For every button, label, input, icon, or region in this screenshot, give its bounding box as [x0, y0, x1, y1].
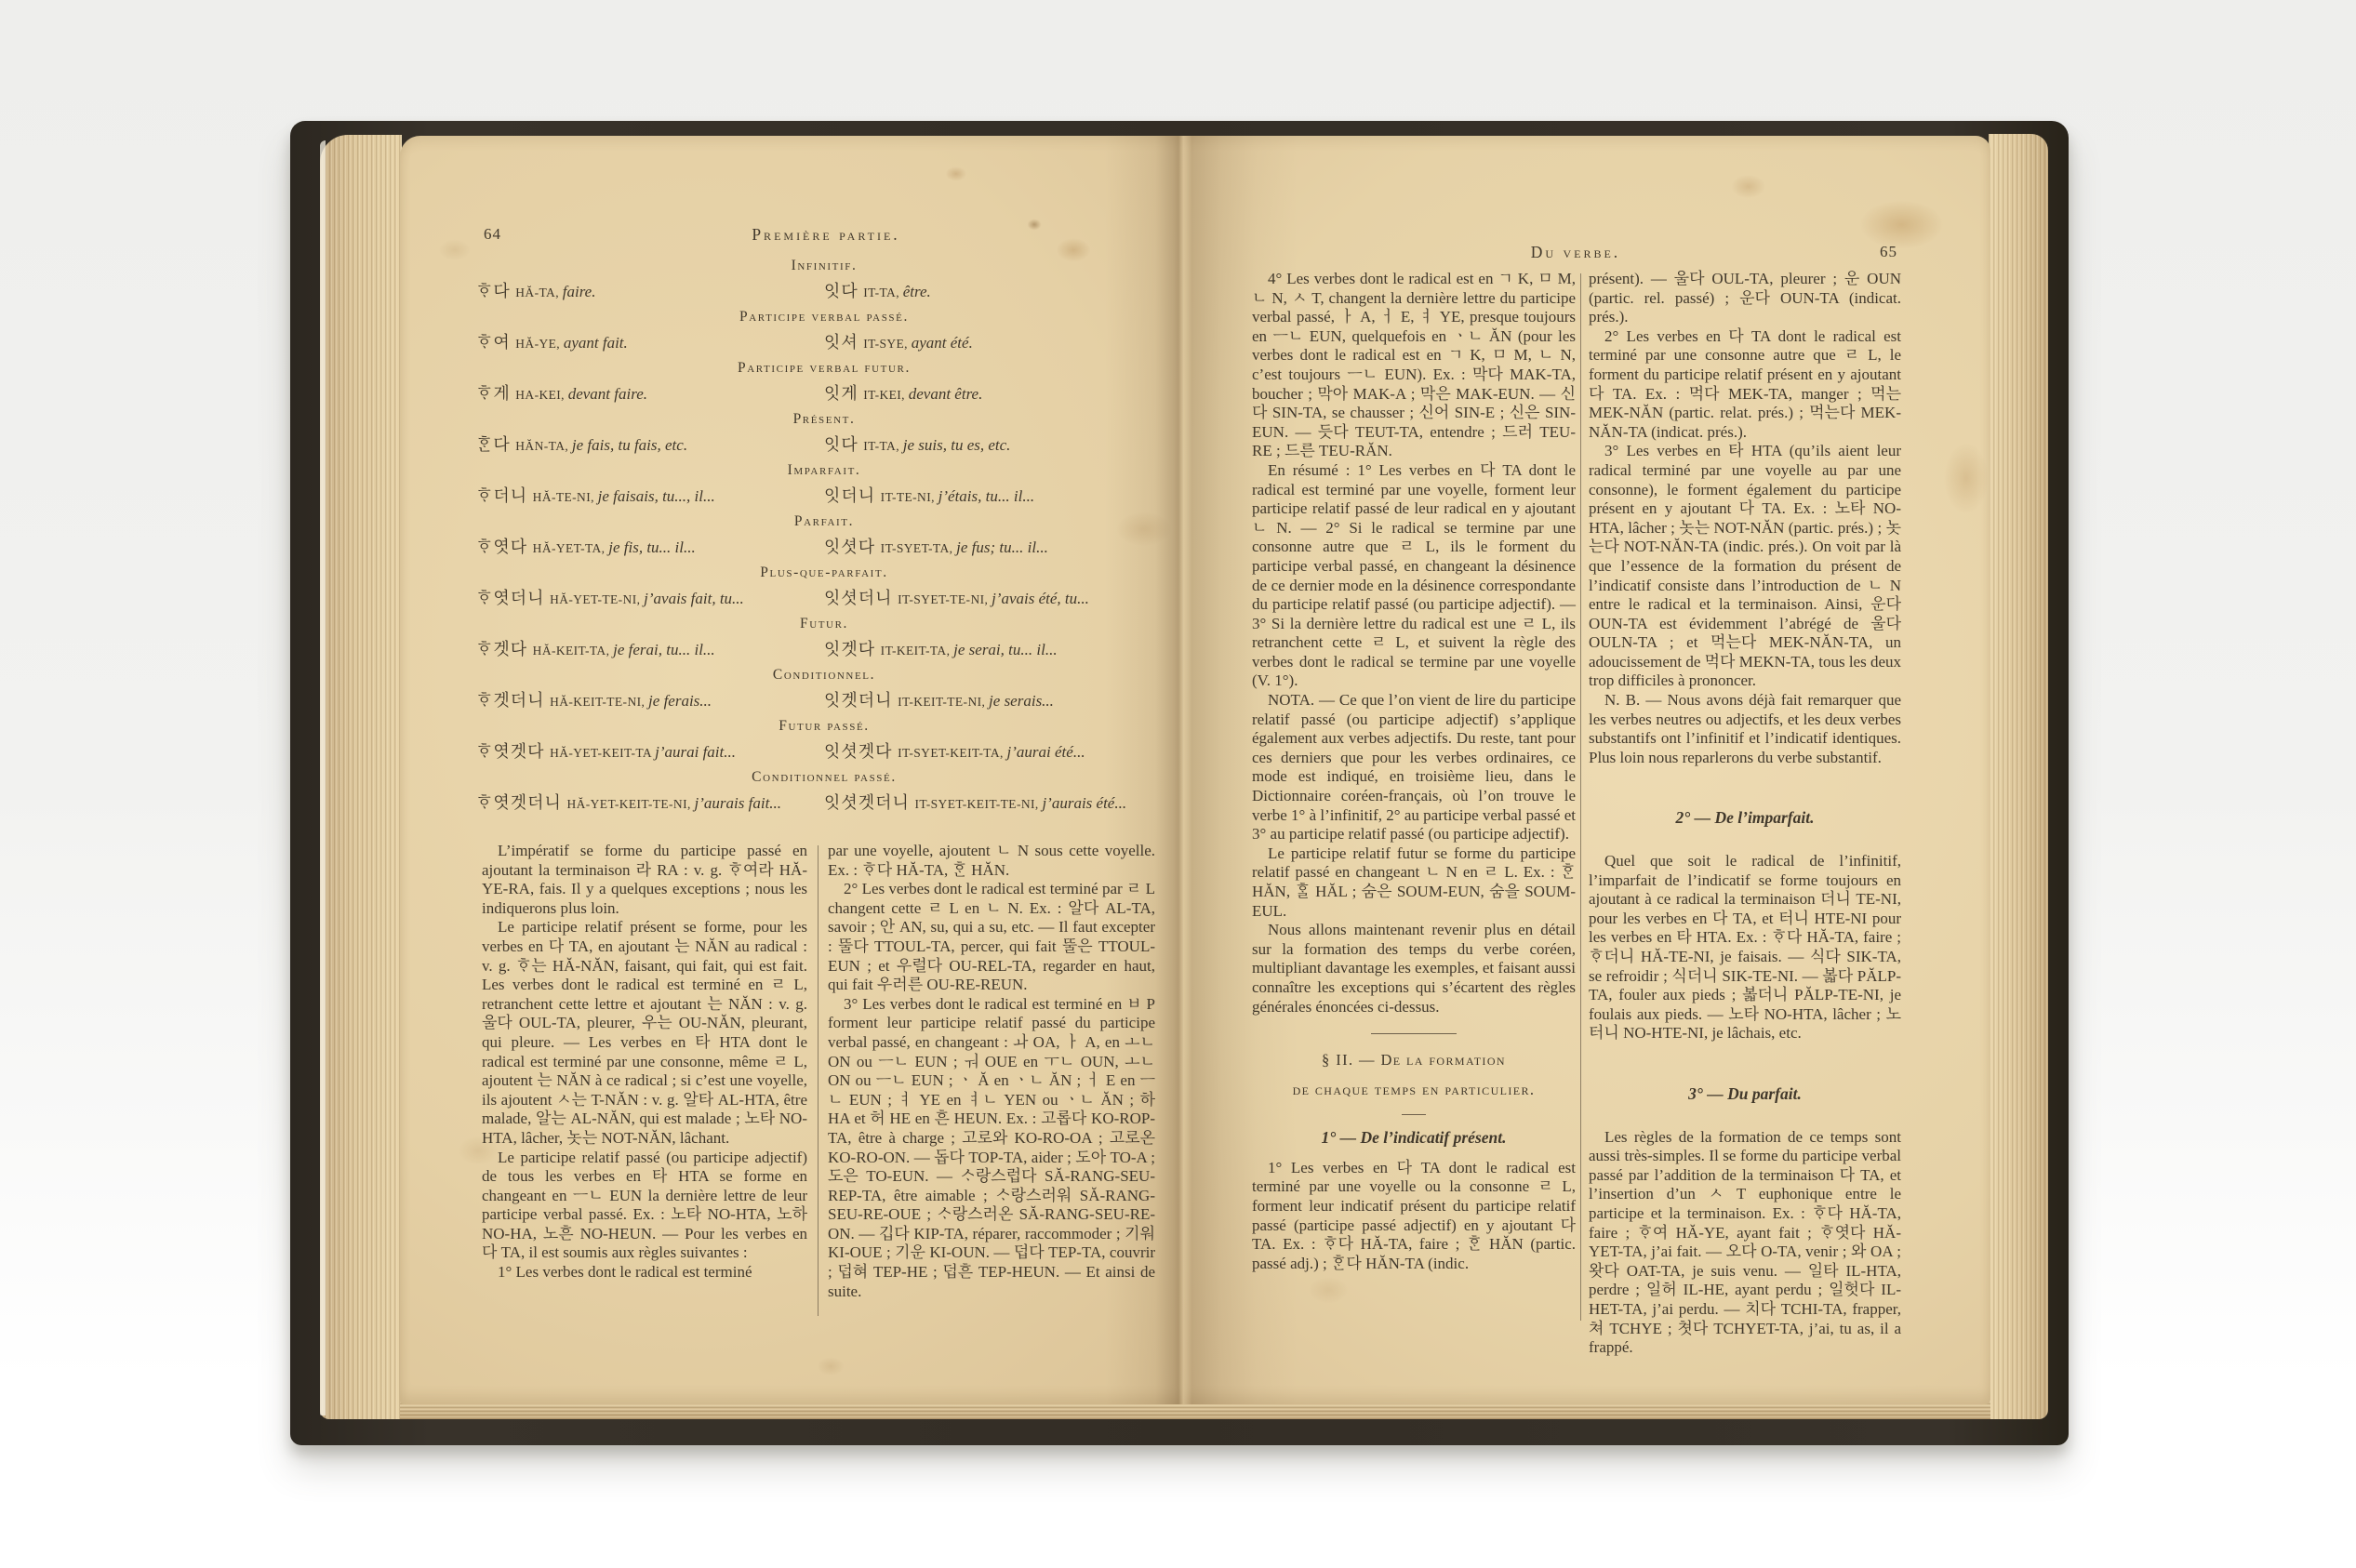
french-gloss: je fus; tu... il...	[956, 538, 1048, 556]
romanization: HĂ-YET-KEIT-TA	[550, 746, 655, 760]
romanization: HĂ-KEIT-TA,	[533, 644, 613, 658]
french-gloss: je serais...	[989, 692, 1054, 710]
page-edges-right	[1989, 134, 2048, 1419]
cell-etre: 잇다 IT-TA, je suis, tu es, etc.	[824, 432, 1172, 456]
hangul-text: 잇셧겟더니	[824, 793, 914, 812]
hangul-text: ᄒᆞ겟다	[476, 640, 533, 658]
french-gloss: je faisais, tu..., il...	[598, 487, 715, 505]
romanization: HA-KEI,	[515, 388, 567, 402]
table-row: Futur.ᄒᆞ겟다 HĂ-KEIT-TA, je ferai, tu... i…	[476, 615, 1172, 666]
cell-etre: 잇셧더니 IT-SYET-TE-NI, j’avais été, tu...	[824, 585, 1172, 609]
cell-faire: ᄒᆞᆫ다 HĂN-TA, je fais, tu fais, etc.	[476, 432, 824, 456]
cell-etre: 잇겟다 IT-KEIT-TA, je serai, tu... il...	[824, 636, 1172, 660]
tense-label: Imparfait.	[476, 461, 1172, 479]
cell-faire: ᄒᆞ겟다 HĂ-KEIT-TA, je ferai, tu... il...	[476, 636, 824, 660]
romanization: IT-SYET-TE-NI,	[898, 592, 992, 606]
page65-header: Du verbe. 65	[1252, 243, 1899, 262]
heading-dash	[1402, 1114, 1426, 1115]
cell-etre: 잇셧겟더니 IT-SYET-KEIT-TE-NI, j’aurais été..…	[824, 790, 1172, 814]
french-gloss: j’aurai été...	[1007, 743, 1085, 761]
paragraph: Le participe relatif présent se forme, p…	[482, 918, 807, 1148]
hangul-text: 잇셔	[824, 333, 863, 352]
photo-background: { "palette":{"background":"#f2f2f0","cov…	[0, 0, 2356, 1568]
page-edges-bottom	[400, 1402, 1990, 1419]
hangul-text: ᄒᆞ다	[476, 282, 515, 300]
hangul-text: ᄒᆞ엿더니	[476, 589, 550, 607]
table-cells: ᄒᆞ더니 HĂ-TE-NI, je faisais, tu..., il...잇…	[476, 483, 1172, 507]
french-gloss: faire.	[563, 283, 596, 300]
table-row: Imparfait.ᄒᆞ더니 HĂ-TE-NI, je faisais, tu.…	[476, 461, 1172, 512]
page-number-65: 65	[1880, 243, 1897, 261]
tense-label: Futur passé.	[476, 717, 1172, 735]
paragraph: 1° Les verbes en 다 TA dont le radical es…	[1252, 1159, 1576, 1274]
french-gloss: ayant fait.	[564, 334, 628, 352]
tense-label: Conditionnel.	[476, 666, 1172, 684]
column-divider-page64	[818, 845, 819, 1316]
paragraph: N. B. — Nous avons déjà fait remarquer q…	[1589, 691, 1901, 767]
paragraph: présent). — 울다 OUL-TA, pleurer ; 운 OUN (…	[1589, 270, 1901, 327]
paragraph: Quel que soit le radical de l’infinitif,…	[1589, 852, 1901, 1043]
romanization: HĂ-YET-TE-NI,	[550, 592, 644, 606]
cell-faire: ᄒᆞ게 HA-KEI, devant faire.	[476, 380, 824, 405]
french-gloss: j’aurais fait...	[695, 794, 782, 812]
cell-faire: ᄒᆞ다 HĂ-TA, faire.	[476, 278, 824, 302]
french-gloss: je fis, tu... il...	[608, 538, 696, 556]
paragraph: L’impératif se forme du participe passé …	[482, 842, 807, 918]
french-gloss: devant être.	[909, 385, 983, 403]
hangul-text: 잇게	[824, 384, 863, 403]
romanization: HĂ-YE,	[515, 337, 564, 351]
table-row: Participe verbal futur.ᄒᆞ게 HA-KEI, devan…	[476, 359, 1172, 410]
french-gloss: je ferais...	[648, 692, 712, 710]
page-edges-left	[320, 135, 402, 1419]
table-row: Parfait.ᄒᆞ엿다 HĂ-YET-TA, je fis, tu... il…	[476, 512, 1172, 564]
page65-left-column: 4° Les verbes dont le radical est en ㄱ K…	[1252, 270, 1576, 1273]
romanization: IT-SYET-KEIT-TE-NI,	[914, 797, 1042, 811]
tense-label: Participe verbal futur.	[476, 359, 1172, 377]
hangul-text: 잇더니	[824, 486, 881, 505]
tense-label: Conditionnel passé.	[476, 768, 1172, 786]
subsection-heading: 3° — Du parfait.	[1589, 1084, 1901, 1104]
running-head-right: Du verbe.	[1531, 243, 1620, 261]
cell-faire: ᄒᆞ엿겟더니 HĂ-YET-KEIT-TE-NI, j’aurais fait.…	[476, 790, 824, 814]
cell-etre: 잇셧다 IT-SYET-TA, je fus; tu... il...	[824, 534, 1172, 558]
hangul-text: ᄒᆞᆫ다	[476, 435, 515, 454]
romanization: HĂN-TA,	[515, 439, 572, 453]
romanization: IT-KEI,	[863, 388, 908, 402]
french-gloss: je suis, tu es, etc.	[903, 436, 1011, 454]
romanization: HĂ-TE-NI,	[533, 490, 598, 504]
tense-label: Présent.	[476, 410, 1172, 428]
subsection-heading: 2° — De l’imparfait.	[1589, 808, 1901, 828]
table-cells: ᄒᆞ엿더니 HĂ-YET-TE-NI, j’avais fait, tu...잇…	[476, 585, 1172, 609]
tense-label: Parfait.	[476, 512, 1172, 530]
cell-faire: ᄒᆞ엿더니 HĂ-YET-TE-NI, j’avais fait, tu...	[476, 585, 824, 609]
french-gloss: je fais, tu fais, etc.	[572, 436, 687, 454]
french-gloss: je ferai, tu... il...	[613, 641, 715, 658]
cell-etre: 잇다 IT-TA, être.	[824, 278, 1172, 302]
hangul-text: ᄒᆞ엿다	[476, 538, 533, 556]
hangul-text: ᄒᆞ여	[476, 333, 515, 352]
page64-right-column: par une voyelle, ajoutent ㄴ N sous cette…	[828, 842, 1155, 1301]
table-row: Futur passé.ᄒᆞ엿겟다 HĂ-YET-KEIT-TA j’aurai…	[476, 717, 1172, 768]
french-gloss: j’étais, tu... il...	[938, 487, 1034, 505]
cell-etre: 잇셧겟다 IT-SYET-KEIT-TA, j’aurai été...	[824, 738, 1172, 763]
hangul-text: ᄒᆞ엿겟다	[476, 742, 550, 761]
hangul-text: 잇셧다	[824, 538, 881, 556]
table-cells: ᄒᆞ엿겟다 HĂ-YET-KEIT-TA j’aurai fait...잇셧겟다…	[476, 738, 1172, 763]
paragraph: NOTA. — Ce que l’on vient de lire du par…	[1252, 691, 1576, 844]
section-heading: § II. — De la formationde chaque temps e…	[1252, 1045, 1576, 1105]
romanization: IT-KEIT-TA,	[881, 644, 953, 658]
paragraph: En résumé : 1° Les verbes en 다 TA dont l…	[1252, 461, 1576, 691]
paragraph: 3° Les verbes dont le radical est termin…	[828, 995, 1155, 1302]
table-cells: ᄒᆞᆫ다 HĂN-TA, je fais, tu fais, etc.잇다 IT…	[476, 432, 1172, 456]
paragraph: Le participe relatif passé (ou participe…	[482, 1149, 807, 1264]
romanization: IT-KEIT-TE-NI,	[898, 695, 989, 709]
paragraph: Les règles de la formation de ce temps s…	[1589, 1128, 1901, 1358]
table-cells: ᄒᆞ엿다 HĂ-YET-TA, je fis, tu... il...잇셧다 I…	[476, 534, 1172, 558]
cell-faire: ᄒᆞ엿다 HĂ-YET-TA, je fis, tu... il...	[476, 534, 824, 558]
romanization: HĂ-YET-TA,	[533, 541, 609, 555]
french-gloss: devant faire.	[568, 385, 647, 403]
romanization: IT-TA,	[863, 286, 902, 299]
romanization: IT-SYET-KEIT-TA,	[898, 746, 1006, 760]
tense-label: Plus-que-parfait.	[476, 564, 1172, 581]
hangul-text: 잇겟다	[824, 640, 881, 658]
hangul-text: ᄒᆞ더니	[476, 486, 533, 505]
romanization: HĂ-YET-KEIT-TE-NI,	[566, 797, 694, 811]
tense-label: Infinitif.	[476, 257, 1172, 274]
romanization: HĂ-TA,	[515, 286, 562, 299]
table-row: Conditionnel passé.ᄒᆞ엿겟더니 HĂ-YET-KEIT-TE…	[476, 768, 1172, 819]
french-gloss: j’aurai fait...	[655, 743, 736, 761]
romanization: IT-TA,	[863, 439, 902, 453]
table-cells: ᄒᆞ다 HĂ-TA, faire.잇다 IT-TA, être.	[476, 278, 1172, 302]
hangul-text: 잇겟더니	[824, 691, 898, 710]
cell-etre: 잇게 IT-KEI, devant être.	[824, 380, 1172, 405]
table-row: Conditionnel.ᄒᆞ겟더니 HĂ-KEIT-TE-NI, je fer…	[476, 666, 1172, 717]
book: 64 Première partie. Infinitif.ᄒᆞ다 HĂ-TA,…	[290, 121, 2069, 1445]
conjugation-table: Infinitif.ᄒᆞ다 HĂ-TA, faire.잇다 IT-TA, êtr…	[476, 257, 1172, 819]
hangul-text: 잇다	[824, 435, 863, 454]
romanization: IT-SYET-TA,	[881, 541, 956, 555]
hangul-text: ᄒᆞ엿겟더니	[476, 793, 566, 812]
romanization: HĂ-KEIT-TE-NI,	[550, 695, 648, 709]
table-row: Infinitif.ᄒᆞ다 HĂ-TA, faire.잇다 IT-TA, êtr…	[476, 257, 1172, 308]
hangul-text: 잇다	[824, 282, 863, 300]
cell-etre: 잇셔 IT-SYE, ayant été.	[824, 329, 1172, 353]
romanization: IT-TE-NI,	[881, 490, 938, 504]
page-number-64: 64	[484, 225, 501, 244]
table-row: Plus-que-parfait.ᄒᆞ엿더니 HĂ-YET-TE-NI, j’a…	[476, 564, 1172, 615]
cell-etre: 잇더니 IT-TE-NI, j’étais, tu... il...	[824, 483, 1172, 507]
paragraph: 2° Les verbes en 다 TA dont le radical es…	[1589, 327, 1901, 443]
page64-header: 64 Première partie.	[482, 225, 1170, 245]
french-gloss: j’avais été, tu...	[992, 590, 1089, 607]
page64-left-column: L’impératif se forme du participe passé …	[482, 842, 807, 1282]
table-row: Participe verbal passé.ᄒᆞ여 HĂ-YE, ayant …	[476, 308, 1172, 359]
table-cells: ᄒᆞ엿겟더니 HĂ-YET-KEIT-TE-NI, j’aurais fait.…	[476, 790, 1172, 814]
french-gloss: je serai, tu... il...	[953, 641, 1057, 658]
table-cells: ᄒᆞ게 HA-KEI, devant faire.잇게 IT-KEI, deva…	[476, 380, 1172, 405]
table-cells: ᄒᆞ여 HĂ-YE, ayant fait.잇셔 IT-SYE, ayant é…	[476, 329, 1172, 353]
cell-etre: 잇겟더니 IT-KEIT-TE-NI, je serais...	[824, 687, 1172, 711]
table-cells: ᄒᆞ겟다 HĂ-KEIT-TA, je ferai, tu... il...잇겟…	[476, 636, 1172, 660]
paragraph: 3° Les verbes en 타 HTA (qu’ils aient leu…	[1589, 442, 1901, 691]
section-heading-line: de chaque temps en particulier.	[1252, 1075, 1576, 1105]
french-gloss: j’avais fait, tu...	[644, 590, 744, 607]
running-head-left: Première partie.	[752, 225, 899, 244]
page65-right-column: présent). — 울다 OUL-TA, pleurer ; 운 OUN (…	[1589, 270, 1901, 1358]
romanization: IT-SYE,	[863, 337, 911, 351]
hangul-text: 잇셧겟다	[824, 742, 898, 761]
cell-faire: ᄒᆞ겟더니 HĂ-KEIT-TE-NI, je ferais...	[476, 687, 824, 711]
hangul-text: 잇셧더니	[824, 589, 898, 607]
cell-faire: ᄒᆞ더니 HĂ-TE-NI, je faisais, tu..., il...	[476, 483, 824, 507]
section-heading-line: § II. — De la formation	[1252, 1045, 1576, 1075]
french-gloss: j’aurais été...	[1042, 794, 1126, 812]
paragraph: Le participe relatif futur se forme du p…	[1252, 844, 1576, 921]
hangul-text: ᄒᆞ게	[476, 384, 515, 403]
tense-label: Participe verbal passé.	[476, 308, 1172, 326]
cell-faire: ᄒᆞ여 HĂ-YE, ayant fait.	[476, 329, 824, 353]
paragraph: par une voyelle, ajoutent ㄴ N sous cette…	[828, 842, 1155, 880]
hangul-text: ᄒᆞ겟더니	[476, 691, 550, 710]
subsection-heading: 1° — De l’indicatif présent.	[1252, 1128, 1576, 1148]
section-rule	[1371, 1033, 1457, 1034]
paragraph: 1° Les verbes dont le radical est termin…	[482, 1263, 807, 1282]
paragraph: 4° Les verbes dont le radical est en ㄱ K…	[1252, 270, 1576, 461]
french-gloss: être.	[903, 283, 931, 300]
paragraph: Nous allons maintenant revenir plus en d…	[1252, 921, 1576, 1017]
column-divider-page65	[1580, 273, 1581, 1321]
tense-label: Futur.	[476, 615, 1172, 632]
table-row: Présent.ᄒᆞᆫ다 HĂN-TA, je fais, tu fais, e…	[476, 410, 1172, 461]
cell-faire: ᄒᆞ엿겟다 HĂ-YET-KEIT-TA j’aurai fait...	[476, 738, 824, 763]
french-gloss: ayant été.	[912, 334, 973, 352]
table-cells: ᄒᆞ겟더니 HĂ-KEIT-TE-NI, je ferais...잇겟더니 IT…	[476, 687, 1172, 711]
paragraph: 2° Les verbes dont le radical est termin…	[828, 880, 1155, 995]
